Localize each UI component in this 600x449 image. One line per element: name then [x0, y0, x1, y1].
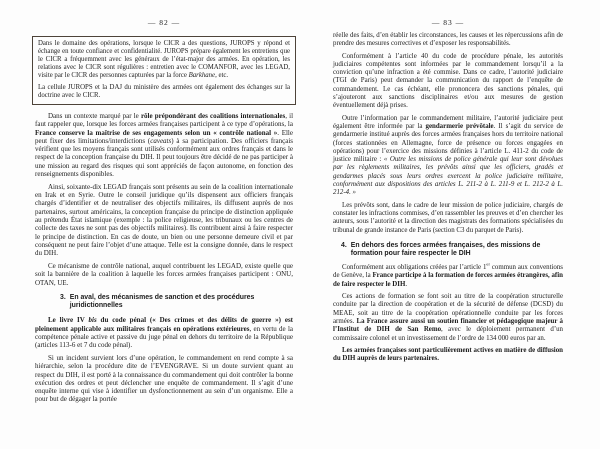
page-82: — 82 — Dans le domaine des opérations, l… [35, 18, 293, 408]
section-number: 3. [60, 294, 66, 311]
page-83: — 83 — réelle des faits, d’en établir le… [333, 18, 563, 367]
section-heading-4: 4. En dehors des forces armées française… [341, 242, 563, 259]
box-paragraph: Dans le domaine des opérations, lorsque … [38, 40, 290, 80]
paragraph: Outre l’information par le commandement … [333, 115, 563, 198]
section-heading-3: 3. En aval, des mécanismes de sanction e… [60, 294, 293, 311]
page-body: réelle des faits, d’en établir les circo… [333, 32, 563, 363]
page-number: — 83 — [333, 18, 563, 27]
paragraph: réelle des faits, d’en établir les circo… [333, 32, 563, 49]
paragraph: Les prévôts sont, dans le cadre de leur … [333, 202, 563, 235]
paragraph: Ainsi, soixante-dix LEGAD français sont … [35, 183, 293, 258]
box-paragraph: La cellule JUROPS et la DAJ du ministère… [38, 84, 290, 100]
highlight-box: Dans le domaine des opérations, lorsque … [32, 36, 296, 105]
paragraph: Dans un contexte marqué par le rôle prép… [35, 112, 293, 178]
paragraph: Si un incident survient lors d’une opéra… [35, 354, 293, 404]
paragraph: Les armées françaises sont particulièrem… [333, 347, 563, 364]
paragraph: Conformément aux obligations créées par … [333, 264, 563, 289]
paragraph: Ces actions de formation se font soit au… [333, 293, 563, 343]
paragraph: Ce mécanisme de contrôle national, auque… [35, 262, 293, 287]
section-title: En dehors des forces armées françaises, … [351, 242, 563, 259]
paragraph: Le livre IV bis du code pénal (« Des cri… [35, 316, 293, 349]
paragraph: Conformément à l’article 40 du code de p… [333, 53, 563, 111]
section-number: 4. [341, 242, 347, 259]
scanned-report-spread: { "doc": { "left": { "page_number": "— 8… [0, 0, 600, 449]
page-body: Dans le domaine des opérations, lorsque … [35, 36, 293, 404]
section-title: En aval, des mécanismes de sanction et d… [70, 294, 293, 311]
page-number: — 82 — [35, 18, 293, 27]
